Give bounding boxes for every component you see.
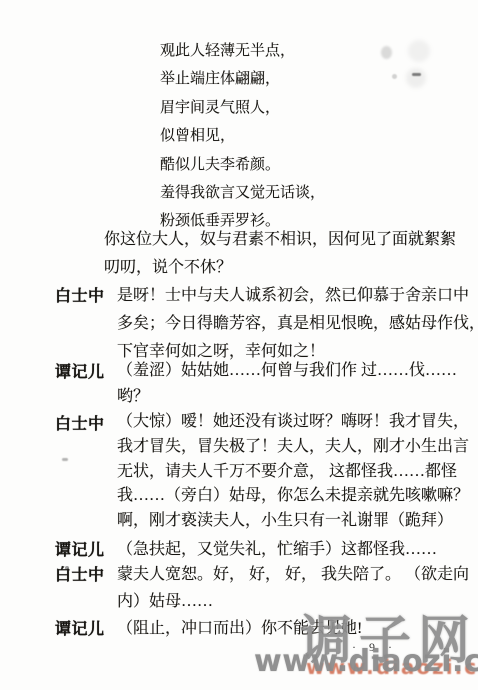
verse-line: 似曾相见， [160,122,325,150]
verse-line: 羞得我欲言又觉无话谈， [160,179,325,207]
dialogue-row: 谭记儿 （羞涩）姑姑她……何曾与我们作 过……伐…… 哟？ [0,358,478,410]
scan-speck [381,46,392,59]
speech-line: 你这位大人，奴与君素不相识，因何见了面就絮絮 [104,226,456,254]
dialogue-line: 哟？ [117,384,477,410]
speech-line: 叨叨，说个不休？ [104,254,456,282]
scan-speck [408,40,430,62]
scan-speck [406,68,426,88]
dialogue-row: 白士中 （大惊）嗳！她还没有谈过呀？嗨呀！我才冒失， 我才冒失，冒失极了！夫人，… [0,410,478,534]
dialogue-line: 我……（旁白）姑母，你怎么未提亲就先咳嗽嘛？ [117,484,477,509]
dialogue-line: 啊，刚才亵渎夫人，小生只有一礼谢罪（跪拜） [117,509,477,534]
speaker-name: 谭记儿 [55,537,105,560]
dialogue-line: 我才冒失，冒失极了！夫人，夫人，刚才小生出言 [117,435,477,460]
speaker-name: 白士中 [55,562,105,585]
verse-block: 观此人轻薄无半点， 举止端庄体翩翩， 眉宇间灵气照人， 似曾相见， 酷似儿夫李希… [160,37,325,236]
scan-speck [412,73,421,76]
dialogue-row: 谭记儿 （急扶起，又觉失礼，忙缩手）这都怪我…… [0,536,478,563]
verse-line: 观此人轻薄无半点， [160,37,325,65]
dialogue-line: （急扶起，又觉失礼，忙缩手）这都怪我…… [117,536,477,563]
speaker-name: 白士中 [55,283,105,306]
dialogue-line: （大惊）嗳！她还没有谈过呀？嗨呀！我才冒失， [117,410,477,435]
dialogue-line: （羞涩）姑姑她……何曾与我们作 过……伐…… [117,358,477,384]
dialogue-line: 是呀！士中与夫人诚系初会，然已仰慕于舍亲口中 [117,282,477,310]
speaker-name: 白士中 [55,411,105,434]
watermark-site-url: www.diaozi.com [254,644,478,679]
speaker-name: 谭记儿 [55,616,105,639]
dialogue-line: 蒙夫人宽恕。好， 好， 好， 我失陪了。 （欲走向 [117,561,477,588]
dialogue-line: 无状，请夫人千万不要介意， 这都怪我……都怪 [117,460,477,485]
speech-block: 你这位大人，奴与君素不相识，因何见了面就絮絮 叨叨，说个不休？ [104,226,456,282]
speaker-name: 谭记儿 [55,359,105,382]
dialogue-line: 多矣；今日得瞻芳容，真是相见恨晚，感姑母作伐， [117,310,477,338]
scanned-page: 观此人轻薄无半点， 举止端庄体翩翩， 眉宇间灵气照人， 似曾相见， 酷似儿夫李希… [0,0,478,690]
dialogue-row: 白士中 是呀！士中与夫人诚系初会，然已仰慕于舍亲口中 多矣；今日得瞻芳容，真是相… [0,282,478,366]
verse-line: 酷似儿夫李希颜。 [160,151,325,179]
scan-speck [392,74,397,79]
verse-line: 眉宇间灵气照人， [160,94,325,122]
verse-line: 举止端庄体翩翩， [160,65,325,93]
